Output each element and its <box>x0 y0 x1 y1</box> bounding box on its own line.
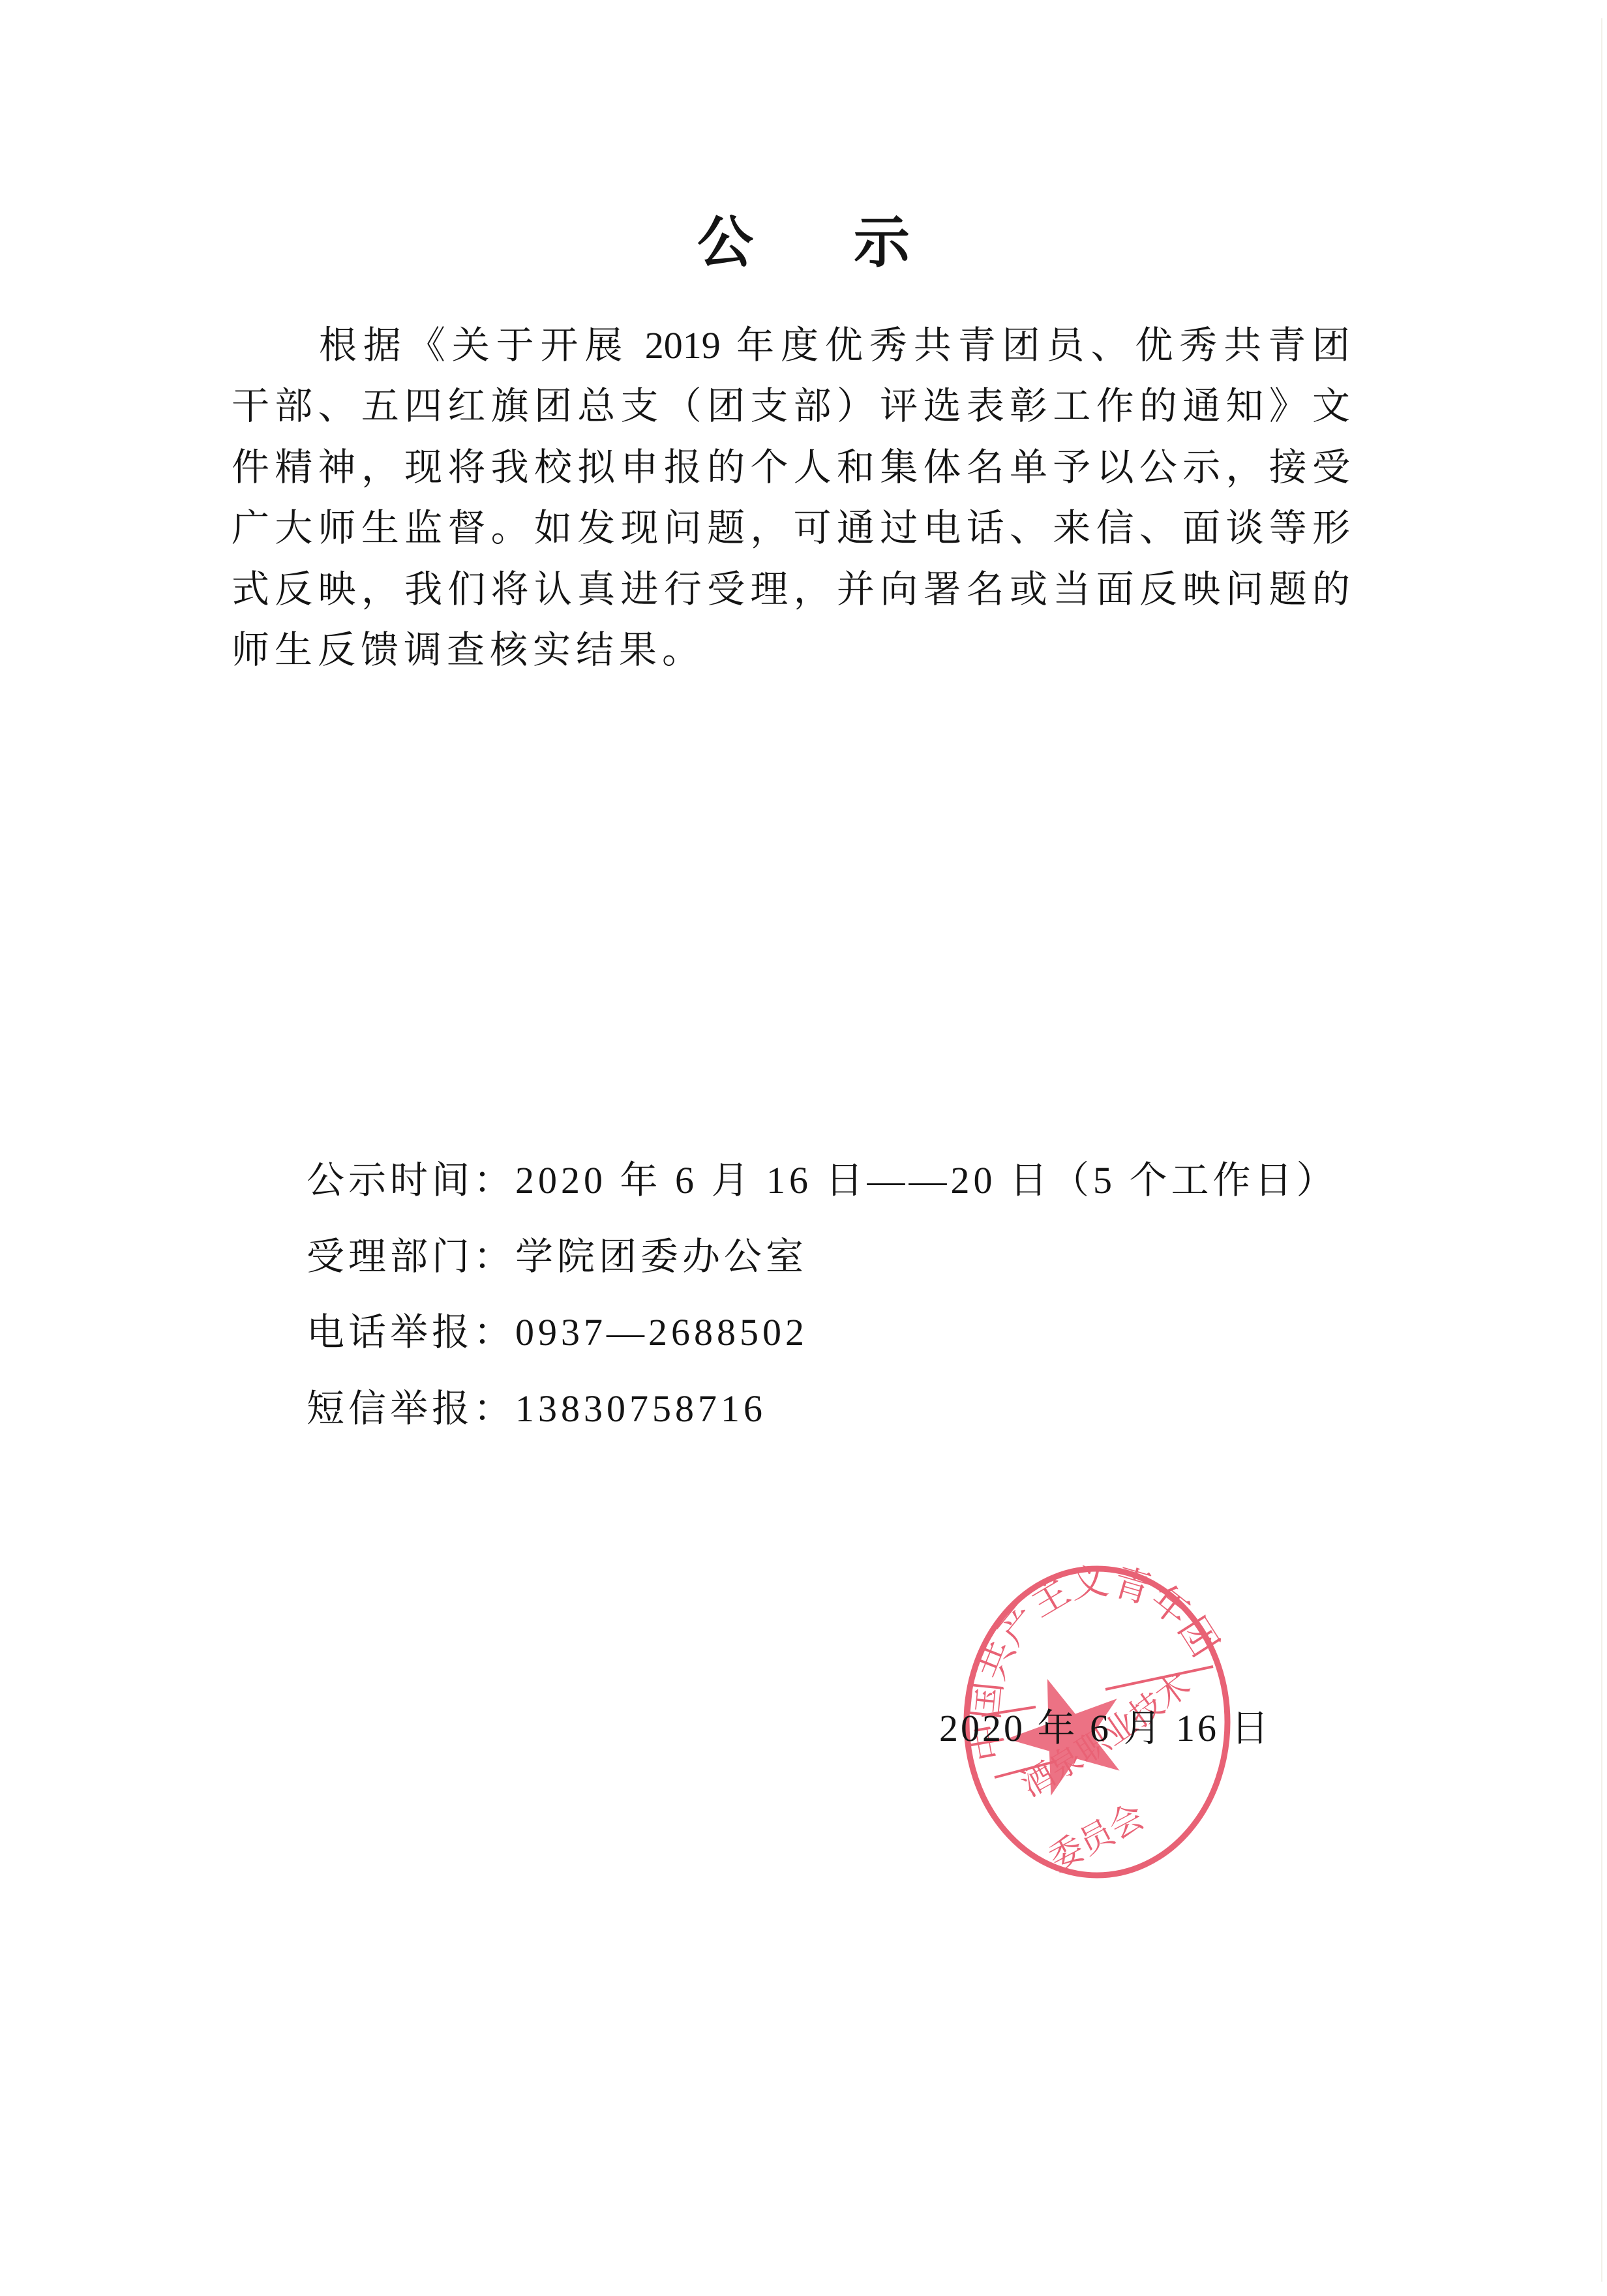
paragraph-line: 式反映，我们将认真进行受理，并向署名或当面反映问题的 <box>232 562 1350 623</box>
title-char: 示 <box>854 210 910 275</box>
paragraph-line: 师生反馈调查核实结果。 <box>232 623 1350 684</box>
info-label: 电话举报： <box>307 1311 515 1353</box>
page-edge <box>1601 18 1602 2282</box>
info-row-period: 公示时间：2020 年 6 月 16 日——20 日（5 个工作日） <box>307 1153 1338 1230</box>
body-paragraph: 根据《关于开展 2019 年度优秀共青团员、优秀共青团 干部、五四红旗团总支（团… <box>232 318 1350 684</box>
paragraph-line: 根据《关于开展 2019 年度优秀共青团员、优秀共青团 <box>232 318 1350 379</box>
info-value: 13830758716 <box>515 1387 766 1430</box>
info-value: 学院团委办公室 <box>515 1235 807 1278</box>
notice-info-block: 公示时间：2020 年 6 月 16 日——20 日（5 个工作日） 受理部门：… <box>307 1153 1338 1458</box>
issue-date: 2020 年 6 月 16 日 <box>939 1701 1272 1756</box>
title-char: 公 <box>697 210 753 275</box>
info-row-department: 受理部门：学院团委办公室 <box>307 1230 1338 1306</box>
page-title: 公示 <box>0 210 1607 275</box>
info-label: 短信举报： <box>307 1387 515 1430</box>
info-value: 2020 年 6 月 16 日——20 日（5 个工作日） <box>515 1159 1338 1201</box>
paragraph-line: 件精神，现将我校拟申报的个人和集体名单予以公示，接受 <box>232 440 1350 501</box>
info-row-sms: 短信举报：13830758716 <box>307 1382 1338 1458</box>
info-row-phone: 电话举报：0937—2688502 <box>307 1305 1338 1382</box>
info-label: 受理部门： <box>307 1235 515 1278</box>
paragraph-line: 广大师生监督。如发现问题，可通过电话、来信、面谈等形 <box>232 501 1350 562</box>
paragraph-line: 干部、五四红旗团总支（团支部）评选表彰工作的通知》文 <box>232 379 1350 440</box>
info-value: 0937—2688502 <box>515 1311 808 1353</box>
info-label: 公示时间： <box>307 1159 515 1201</box>
